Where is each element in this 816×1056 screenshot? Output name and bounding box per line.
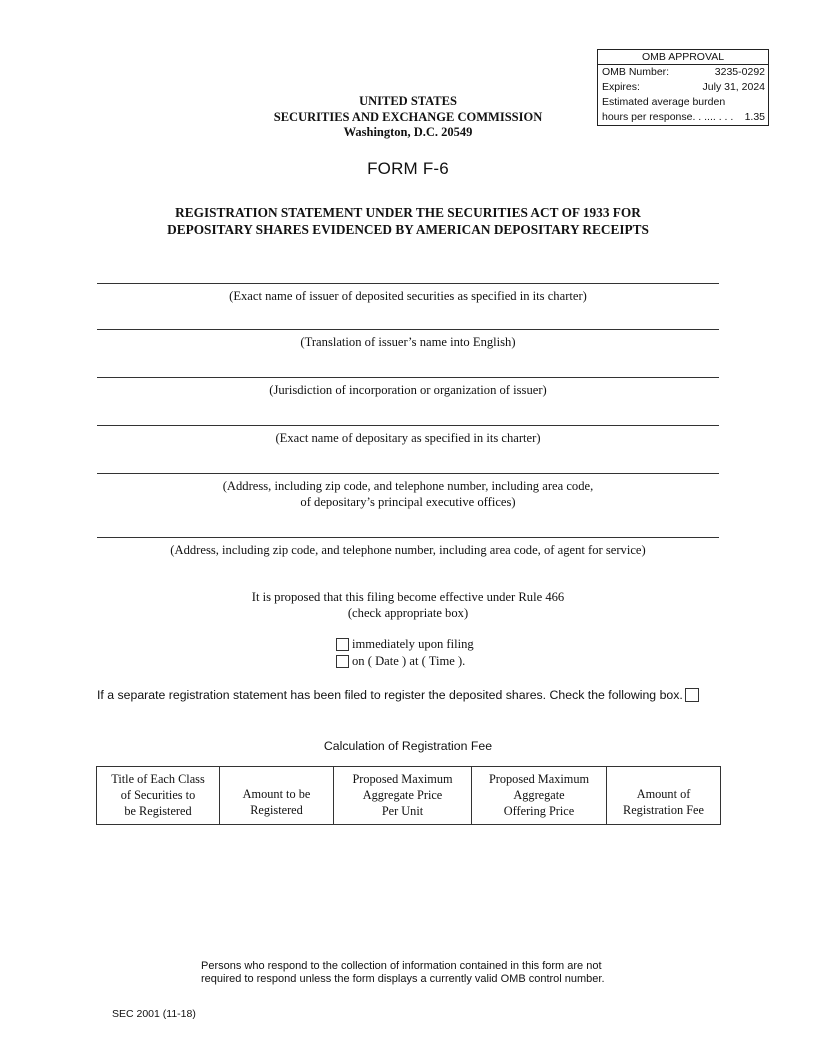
option-immediately[interactable]: immediately upon filing: [336, 636, 474, 653]
header-line: Amount to be: [222, 786, 331, 802]
omb-number-row: OMB Number: 3235-0292: [598, 65, 768, 80]
rule-466-line-1: It is proposed that this filing become e…: [0, 589, 816, 605]
omb-expires-row: Expires: July 31, 2024: [598, 80, 768, 95]
depositary-name-caption: (Exact name of depositary as specified i…: [97, 430, 719, 446]
omb-expires-value: July 31, 2024: [703, 80, 765, 95]
fee-header-price-per-unit: Proposed Maximum Aggregate Price Per Uni…: [334, 767, 472, 825]
fee-header-offering-price: Proposed Maximum Aggregate Offering Pric…: [472, 767, 607, 825]
fee-header-registration-fee: Amount of Registration Fee: [607, 767, 721, 825]
depositary-address-line[interactable]: [97, 473, 719, 474]
header-line: Aggregate: [474, 787, 604, 803]
issuer-translation-caption: (Translation of issuer’s name into Engli…: [97, 334, 719, 350]
depositary-name-line[interactable]: [97, 425, 719, 426]
form-title-line-2: DEPOSITARY SHARES EVIDENCED BY AMERICAN …: [0, 221, 816, 238]
depositary-address-caption: (Address, including zip code, and teleph…: [97, 478, 719, 510]
header-line: of Securities to: [99, 787, 217, 803]
issuer-translation-line[interactable]: [97, 329, 719, 330]
depositary-address-caption-line-2: of depositary’s principal executive offi…: [97, 494, 719, 510]
header-line: Proposed Maximum: [336, 771, 469, 787]
agency-line-3: Washington, D.C. 20549: [0, 125, 816, 141]
depositary-address-caption-line-1: (Address, including zip code, and teleph…: [97, 478, 719, 494]
header-line: Title of Each Class: [99, 771, 217, 787]
omb-notice: Persons who respond to the collection of…: [201, 960, 631, 985]
option-date-time[interactable]: on ( Date ) at ( Time ).: [336, 653, 474, 670]
form-number: SEC 2001 (11-18): [112, 1008, 196, 1020]
date-time-checkbox[interactable]: [336, 655, 349, 668]
header-line: Amount of: [609, 786, 718, 802]
header-line: Registration Fee: [609, 802, 718, 818]
header-line: Offering Price: [474, 803, 604, 819]
omb-number-value: 3235-0292: [715, 65, 765, 80]
jurisdiction-field[interactable]: (Jurisdiction of incorporation or organi…: [97, 377, 719, 398]
depositary-address-field[interactable]: (Address, including zip code, and teleph…: [97, 473, 719, 510]
agent-address-field[interactable]: (Address, including zip code, and teleph…: [97, 537, 719, 558]
jurisdiction-line[interactable]: [97, 377, 719, 378]
omb-expires-label: Expires:: [602, 80, 640, 95]
header-line: be Registered: [99, 803, 217, 819]
omb-approval-header: OMB APPROVAL: [598, 50, 768, 65]
rule-466-options: immediately upon filing on ( Date ) at (…: [336, 636, 474, 670]
fee-table-title: Calculation of Registration Fee: [0, 739, 816, 753]
agent-address-line[interactable]: [97, 537, 719, 538]
issuer-name-caption: (Exact name of issuer of deposited secur…: [97, 288, 719, 304]
fee-header-title-of-class: Title of Each Class of Securities to be …: [97, 767, 220, 825]
separate-statement-checkbox[interactable]: [685, 688, 699, 702]
agency-header: UNITED STATES SECURITIES AND EXCHANGE CO…: [0, 94, 816, 141]
agency-line-2: SECURITIES AND EXCHANGE COMMISSION: [0, 110, 816, 126]
issuer-translation-field[interactable]: (Translation of issuer’s name into Engli…: [97, 329, 719, 350]
fee-header-amount: Amount to be Registered: [220, 767, 334, 825]
immediately-checkbox[interactable]: [336, 638, 349, 651]
issuer-name-field[interactable]: (Exact name of issuer of deposited secur…: [97, 283, 719, 304]
omb-number-label: OMB Number:: [602, 65, 669, 80]
form-title: REGISTRATION STATEMENT UNDER THE SECURIT…: [0, 204, 816, 238]
rule-466-line-2: (check appropriate box): [0, 605, 816, 621]
header-line: Registered: [222, 802, 331, 818]
separate-statement-row: If a separate registration statement has…: [97, 688, 699, 702]
issuer-name-line[interactable]: [97, 283, 719, 284]
form-name: FORM F-6: [0, 159, 816, 179]
agency-line-1: UNITED STATES: [0, 94, 816, 110]
rule-466-text: It is proposed that this filing become e…: [0, 589, 816, 621]
separate-statement-label: If a separate registration statement has…: [97, 688, 683, 702]
jurisdiction-caption: (Jurisdiction of incorporation or organi…: [97, 382, 719, 398]
date-time-label: on ( Date ) at ( Time ).: [352, 654, 465, 669]
header-line: Per Unit: [336, 803, 469, 819]
fee-table: Title of Each Class of Securities to be …: [96, 766, 721, 825]
immediately-label: immediately upon filing: [352, 637, 474, 652]
header-line: Proposed Maximum: [474, 771, 604, 787]
depositary-name-field[interactable]: (Exact name of depositary as specified i…: [97, 425, 719, 446]
form-title-line-1: REGISTRATION STATEMENT UNDER THE SECURIT…: [0, 204, 816, 221]
fee-table-header-row: Title of Each Class of Securities to be …: [97, 767, 721, 825]
agent-address-caption: (Address, including zip code, and teleph…: [97, 542, 719, 558]
header-line: Aggregate Price: [336, 787, 469, 803]
